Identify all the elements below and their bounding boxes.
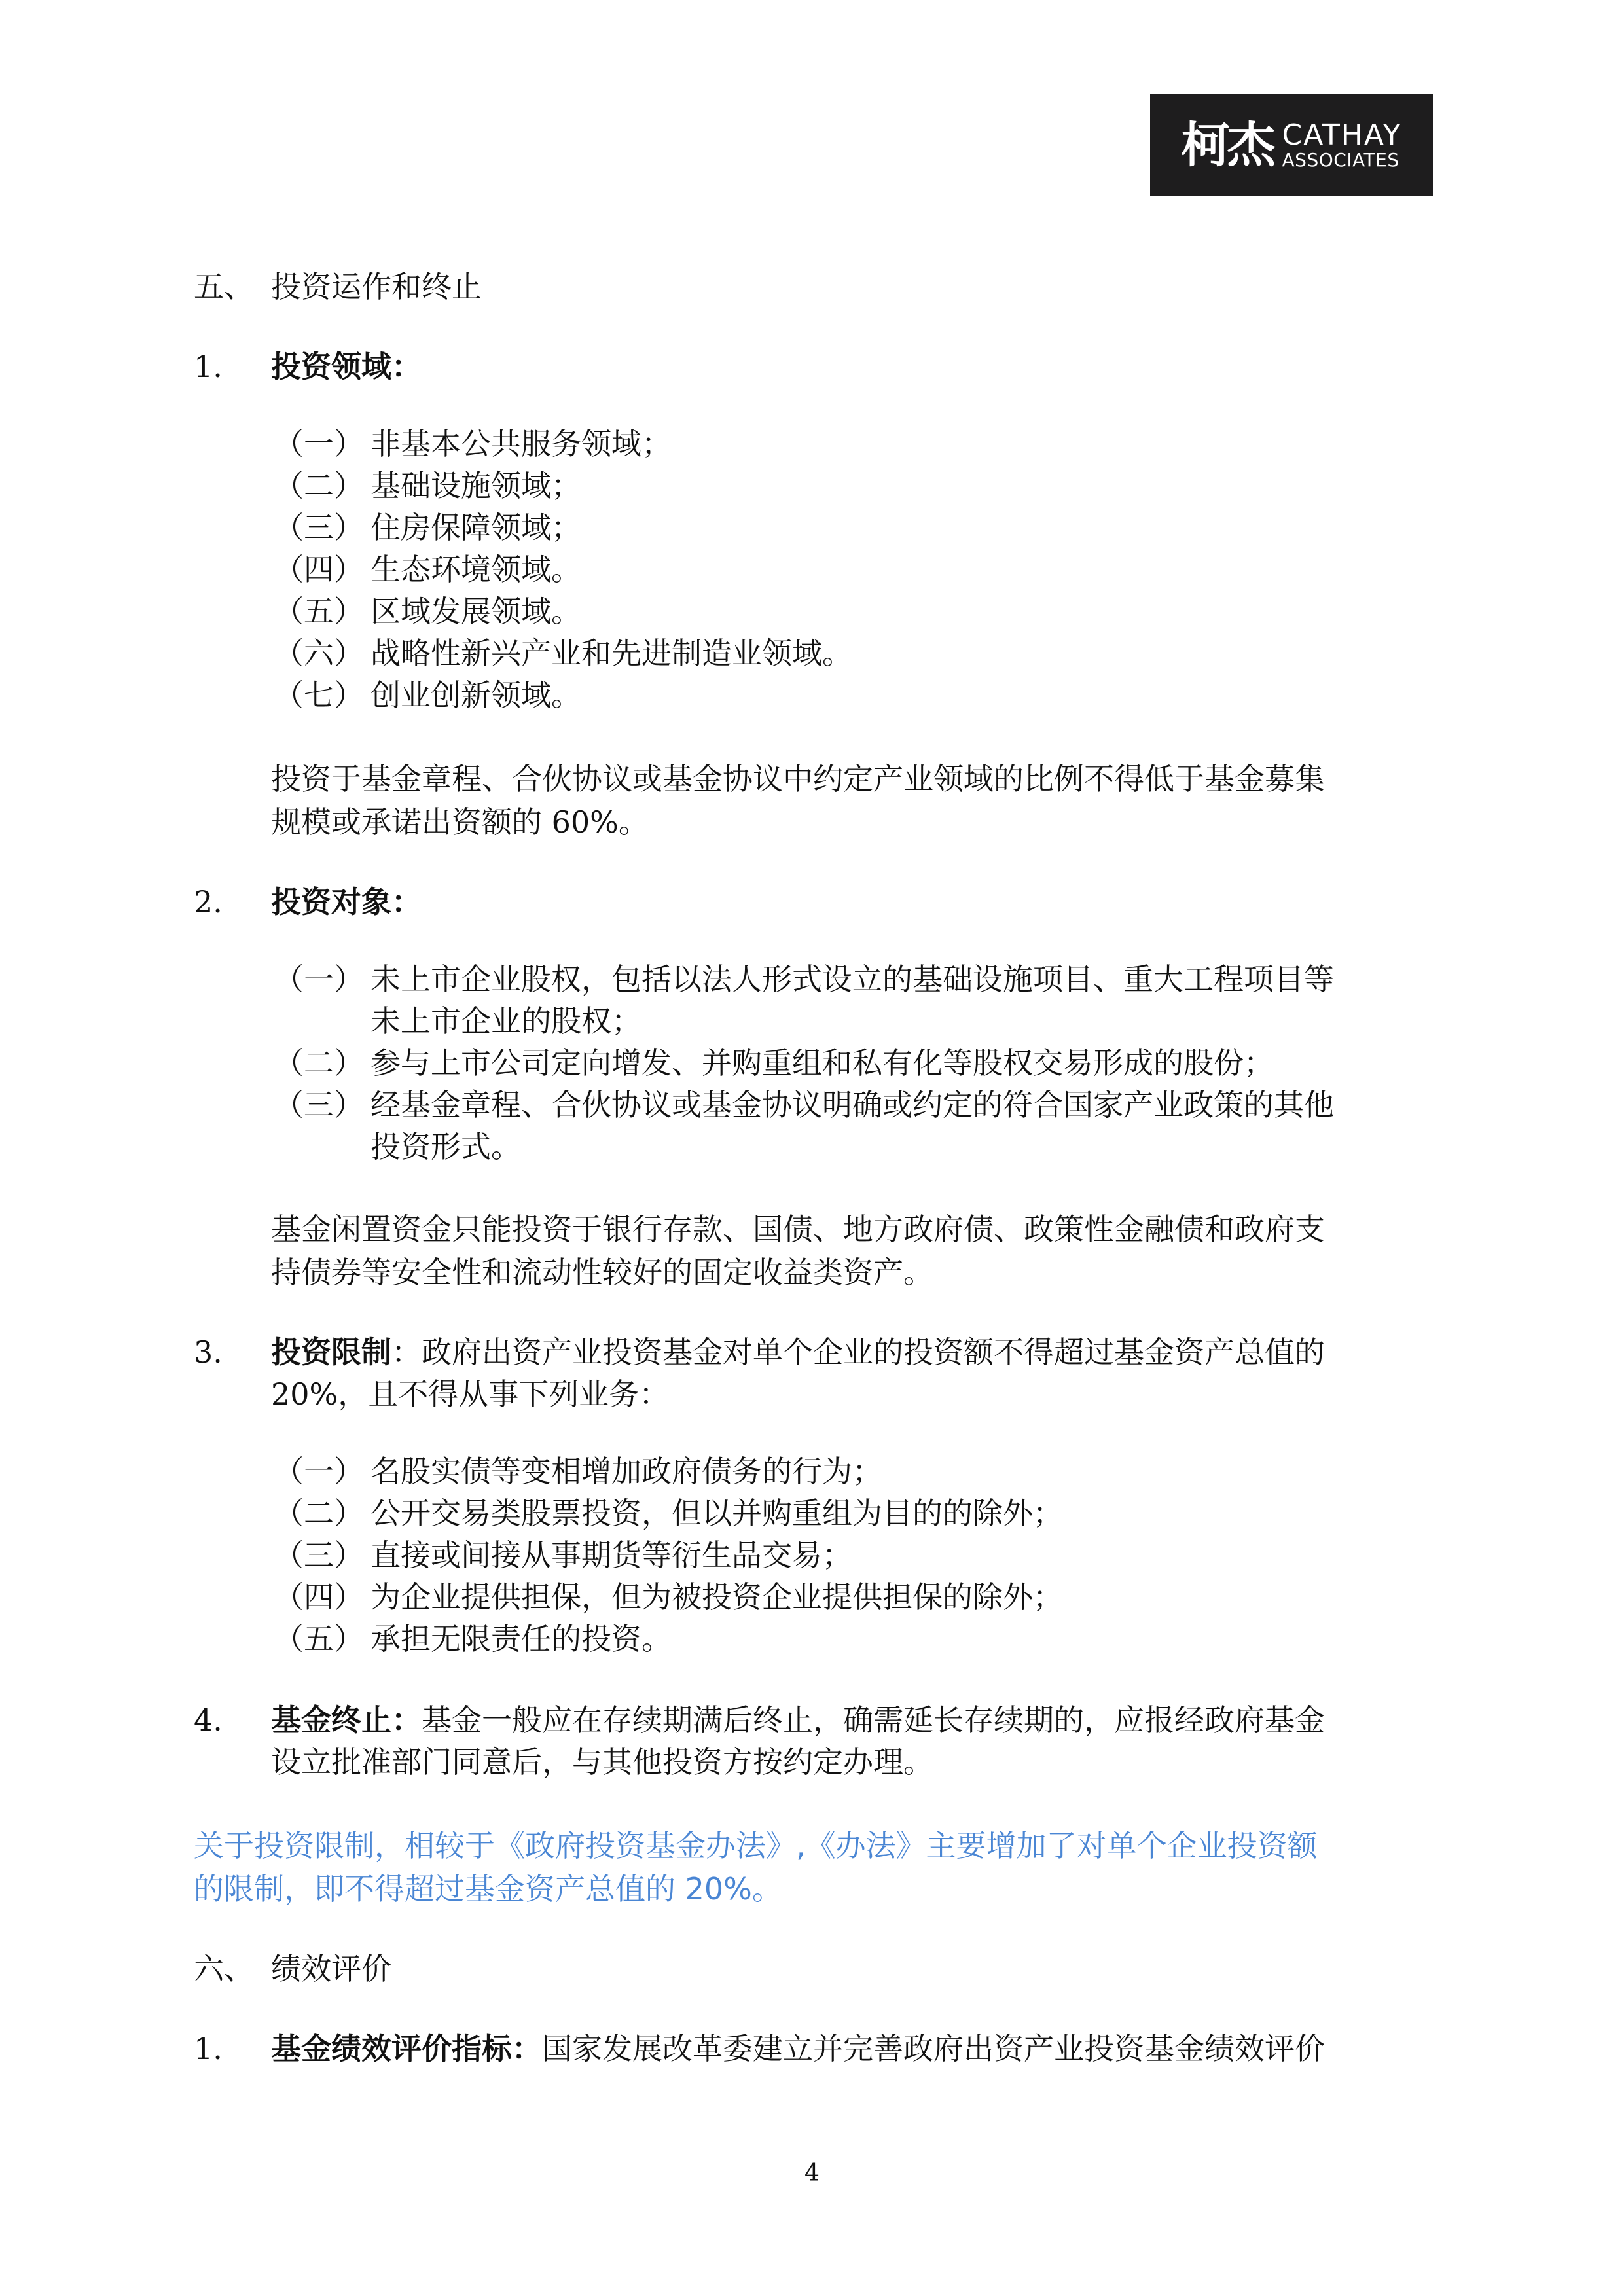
item-body: 基金一般应在存续期满后终止，确需延长存续期的，应报经政府基金: [422, 1702, 1325, 1738]
list-item: （七）创业创新领域。: [274, 673, 581, 717]
item-number: 1.: [194, 2027, 223, 2070]
list-item: （六）战略性新兴产业和先进制造业领域。: [274, 632, 852, 675]
list-item: （一）名股实债等变相增加政府债务的行为；: [274, 1450, 882, 1493]
logo-chinese: 柯杰: [1182, 121, 1273, 170]
list-item: （三）直接或间接从事期货等衍生品交易；: [274, 1534, 852, 1577]
list-item-continuation: 投资形式。: [370, 1125, 521, 1168]
logo-cathay: CATHAY: [1282, 121, 1402, 150]
paragraph: 投资于基金章程、合伙协议或基金协议中约定产业领域的比例不得低于基金募集 规模或承…: [271, 757, 1436, 844]
item-body: 国家发展改革委建立并完善政府出资产业投资基金绩效评价: [542, 2031, 1325, 2066]
item-number: 3.: [194, 1331, 223, 1374]
item-body: ：政府出资产业投资基金对单个企业的投资额不得超过基金资产总值的: [391, 1335, 1325, 1370]
item-heading: 投资限制: [271, 1335, 391, 1370]
list-item: （五）承担无限责任的投资。: [274, 1617, 672, 1660]
list-item-continuation: 未上市企业的股权；: [370, 999, 641, 1043]
list-item: （二）公开交易类股票投资，但以并购重组为目的的除外；: [274, 1492, 1063, 1535]
item-heading: 基金终止：: [271, 1702, 422, 1738]
logo-english: CATHAY ASSOCIATES: [1282, 121, 1402, 170]
company-logo: 柯杰 CATHAY ASSOCIATES: [1150, 94, 1433, 196]
item-heading: 基金绩效评价指标：: [271, 2031, 542, 2066]
section-title: 投资运作和终止: [271, 265, 482, 308]
section-number: 六、: [194, 1947, 254, 1990]
list-item: （四）生态环境领域。: [274, 548, 581, 591]
list-item: （二）基础设施领域；: [274, 464, 581, 507]
section-number: 五、: [194, 265, 254, 308]
item-heading: 投资领域：: [271, 345, 422, 388]
list-item: （五）区域发展领域。: [274, 590, 581, 633]
item-heading: 投资对象：: [271, 880, 422, 924]
item-number: 2.: [194, 880, 223, 924]
section-title: 绩效评价: [271, 1947, 391, 1990]
page-number: 4: [0, 2160, 1624, 2187]
logo-associates: ASSOCIATES: [1282, 151, 1402, 170]
list-item: （二）参与上市公司定向增发、并购重组和私有化等股权交易形成的股份；: [274, 1041, 1274, 1085]
item-number: 1.: [194, 345, 223, 388]
list-item: （一）非基本公共服务领域；: [274, 422, 672, 465]
paragraph: 基金闲置资金只能投资于银行存款、国债、地方政府债、政策性金融债和政府支 持债券等…: [271, 1208, 1436, 1294]
commentary-note: 关于投资限制，相较于《政府投资基金办法》,《办法》主要增加了对单个企业投资额 的…: [194, 1824, 1437, 1910]
list-item: （四）为企业提供担保，但为被投资企业提供担保的除外；: [274, 1575, 1063, 1619]
list-item: （三）住房保障领域；: [274, 506, 581, 549]
list-item: （一）未上市企业股权，包括以法人形式设立的基础设施项目、重大工程项目等: [274, 958, 1334, 1001]
list-item: （三）经基金章程、合伙协议或基金协议明确或约定的符合国家产业政策的其他: [274, 1083, 1334, 1126]
item-number: 4.: [194, 1698, 223, 1742]
